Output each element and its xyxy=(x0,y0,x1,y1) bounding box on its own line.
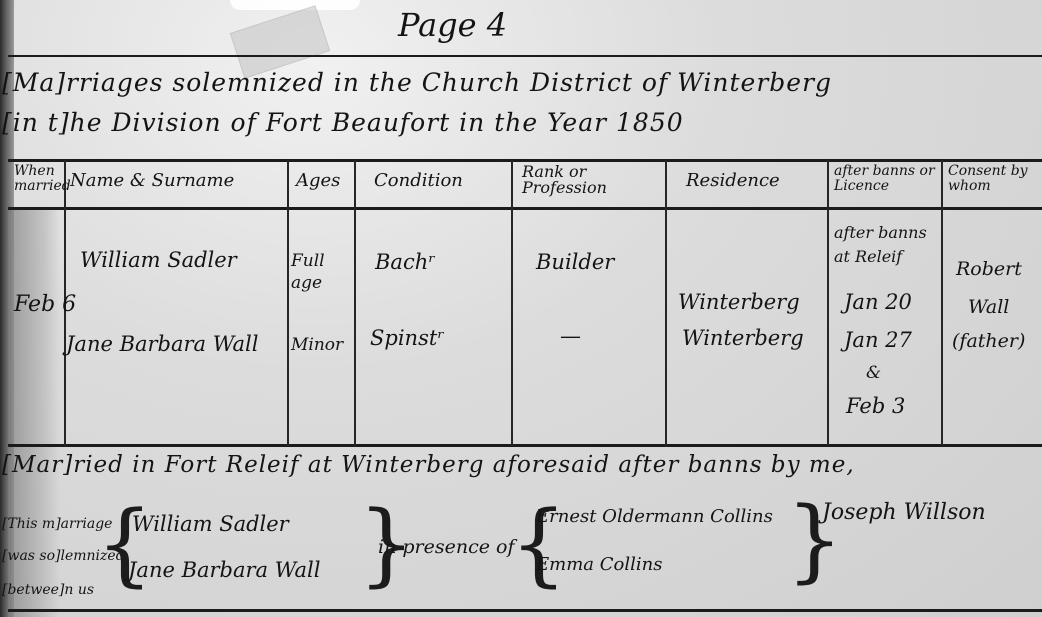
solemnized-label-3: [betwee]n us xyxy=(2,582,94,598)
entry-date: Feb 6 xyxy=(14,292,76,317)
col-divider xyxy=(941,160,943,446)
consent-line-2: Wall xyxy=(968,296,1009,318)
married-statement: [Mar]ried in Fort Releif at Winterberg a… xyxy=(2,452,855,478)
bride-condition: Spinstʳ xyxy=(370,326,445,350)
groom-condition: Bachʳ xyxy=(375,250,436,274)
header-name-surname: Name & Surname xyxy=(70,170,234,191)
col-divider xyxy=(665,160,667,446)
photo-glare xyxy=(230,0,360,10)
header-when-married: When married xyxy=(14,164,64,194)
rule-top xyxy=(8,55,1042,57)
rule-entry-bottom xyxy=(8,444,1042,447)
party-1-signature: William Sadler xyxy=(132,512,289,536)
col-divider xyxy=(827,160,829,446)
consent-line-3: (father) xyxy=(952,330,1025,352)
banns-date-1: Jan 20 xyxy=(844,290,912,314)
bride-age: Minor xyxy=(291,334,343,356)
party-2-signature: Jane Barbara Wall xyxy=(128,558,320,582)
col-divider xyxy=(511,160,513,446)
header-ages: Ages xyxy=(296,170,340,191)
rule-header-bottom xyxy=(8,207,1042,210)
bride-residence: Winterberg xyxy=(682,326,804,350)
header-consent: Consent by whom xyxy=(948,164,1040,194)
register-heading-line-2: [in t]he Division of Fort Beaufort in th… xyxy=(2,108,684,137)
banns-line-1: after banns xyxy=(834,222,927,244)
presence-label: in presence of xyxy=(378,536,514,558)
header-residence: Residence xyxy=(686,170,780,191)
banns-line-2: at Releif xyxy=(834,246,902,268)
banns-date-3: Feb 3 xyxy=(846,394,905,418)
register-page: Page 4 [Ma]rriages solemnized in the Chu… xyxy=(0,0,1042,617)
page-number: Page 4 xyxy=(398,6,507,44)
groom-name: William Sadler xyxy=(80,248,237,272)
banns-and: & xyxy=(866,362,881,384)
header-banns-licence: after banns or Licence xyxy=(834,164,939,194)
groom-residence: Winterberg xyxy=(678,290,800,314)
header-rank-profession: Rank or Profession xyxy=(522,164,652,196)
groom-age: Full age xyxy=(291,250,353,294)
col-divider xyxy=(287,160,289,446)
header-condition: Condition xyxy=(374,170,463,191)
witness-2-signature: Emma Collins xyxy=(536,554,662,575)
rule-footer-bottom xyxy=(8,609,1042,612)
bride-rank: — xyxy=(560,324,581,348)
banns-date-2: Jan 27 xyxy=(844,328,912,352)
col-divider xyxy=(354,160,356,446)
bride-name: Jane Barbara Wall xyxy=(66,332,258,356)
groom-rank: Builder xyxy=(536,250,614,274)
consent-line-1: Robert xyxy=(956,258,1022,280)
witness-1-signature: Ernest Oldermann Collins xyxy=(536,506,773,527)
officiant-signature: Joseph Willson xyxy=(822,500,986,525)
register-heading-line-1: [Ma]rriages solemnized in the Church Dis… xyxy=(2,68,832,97)
